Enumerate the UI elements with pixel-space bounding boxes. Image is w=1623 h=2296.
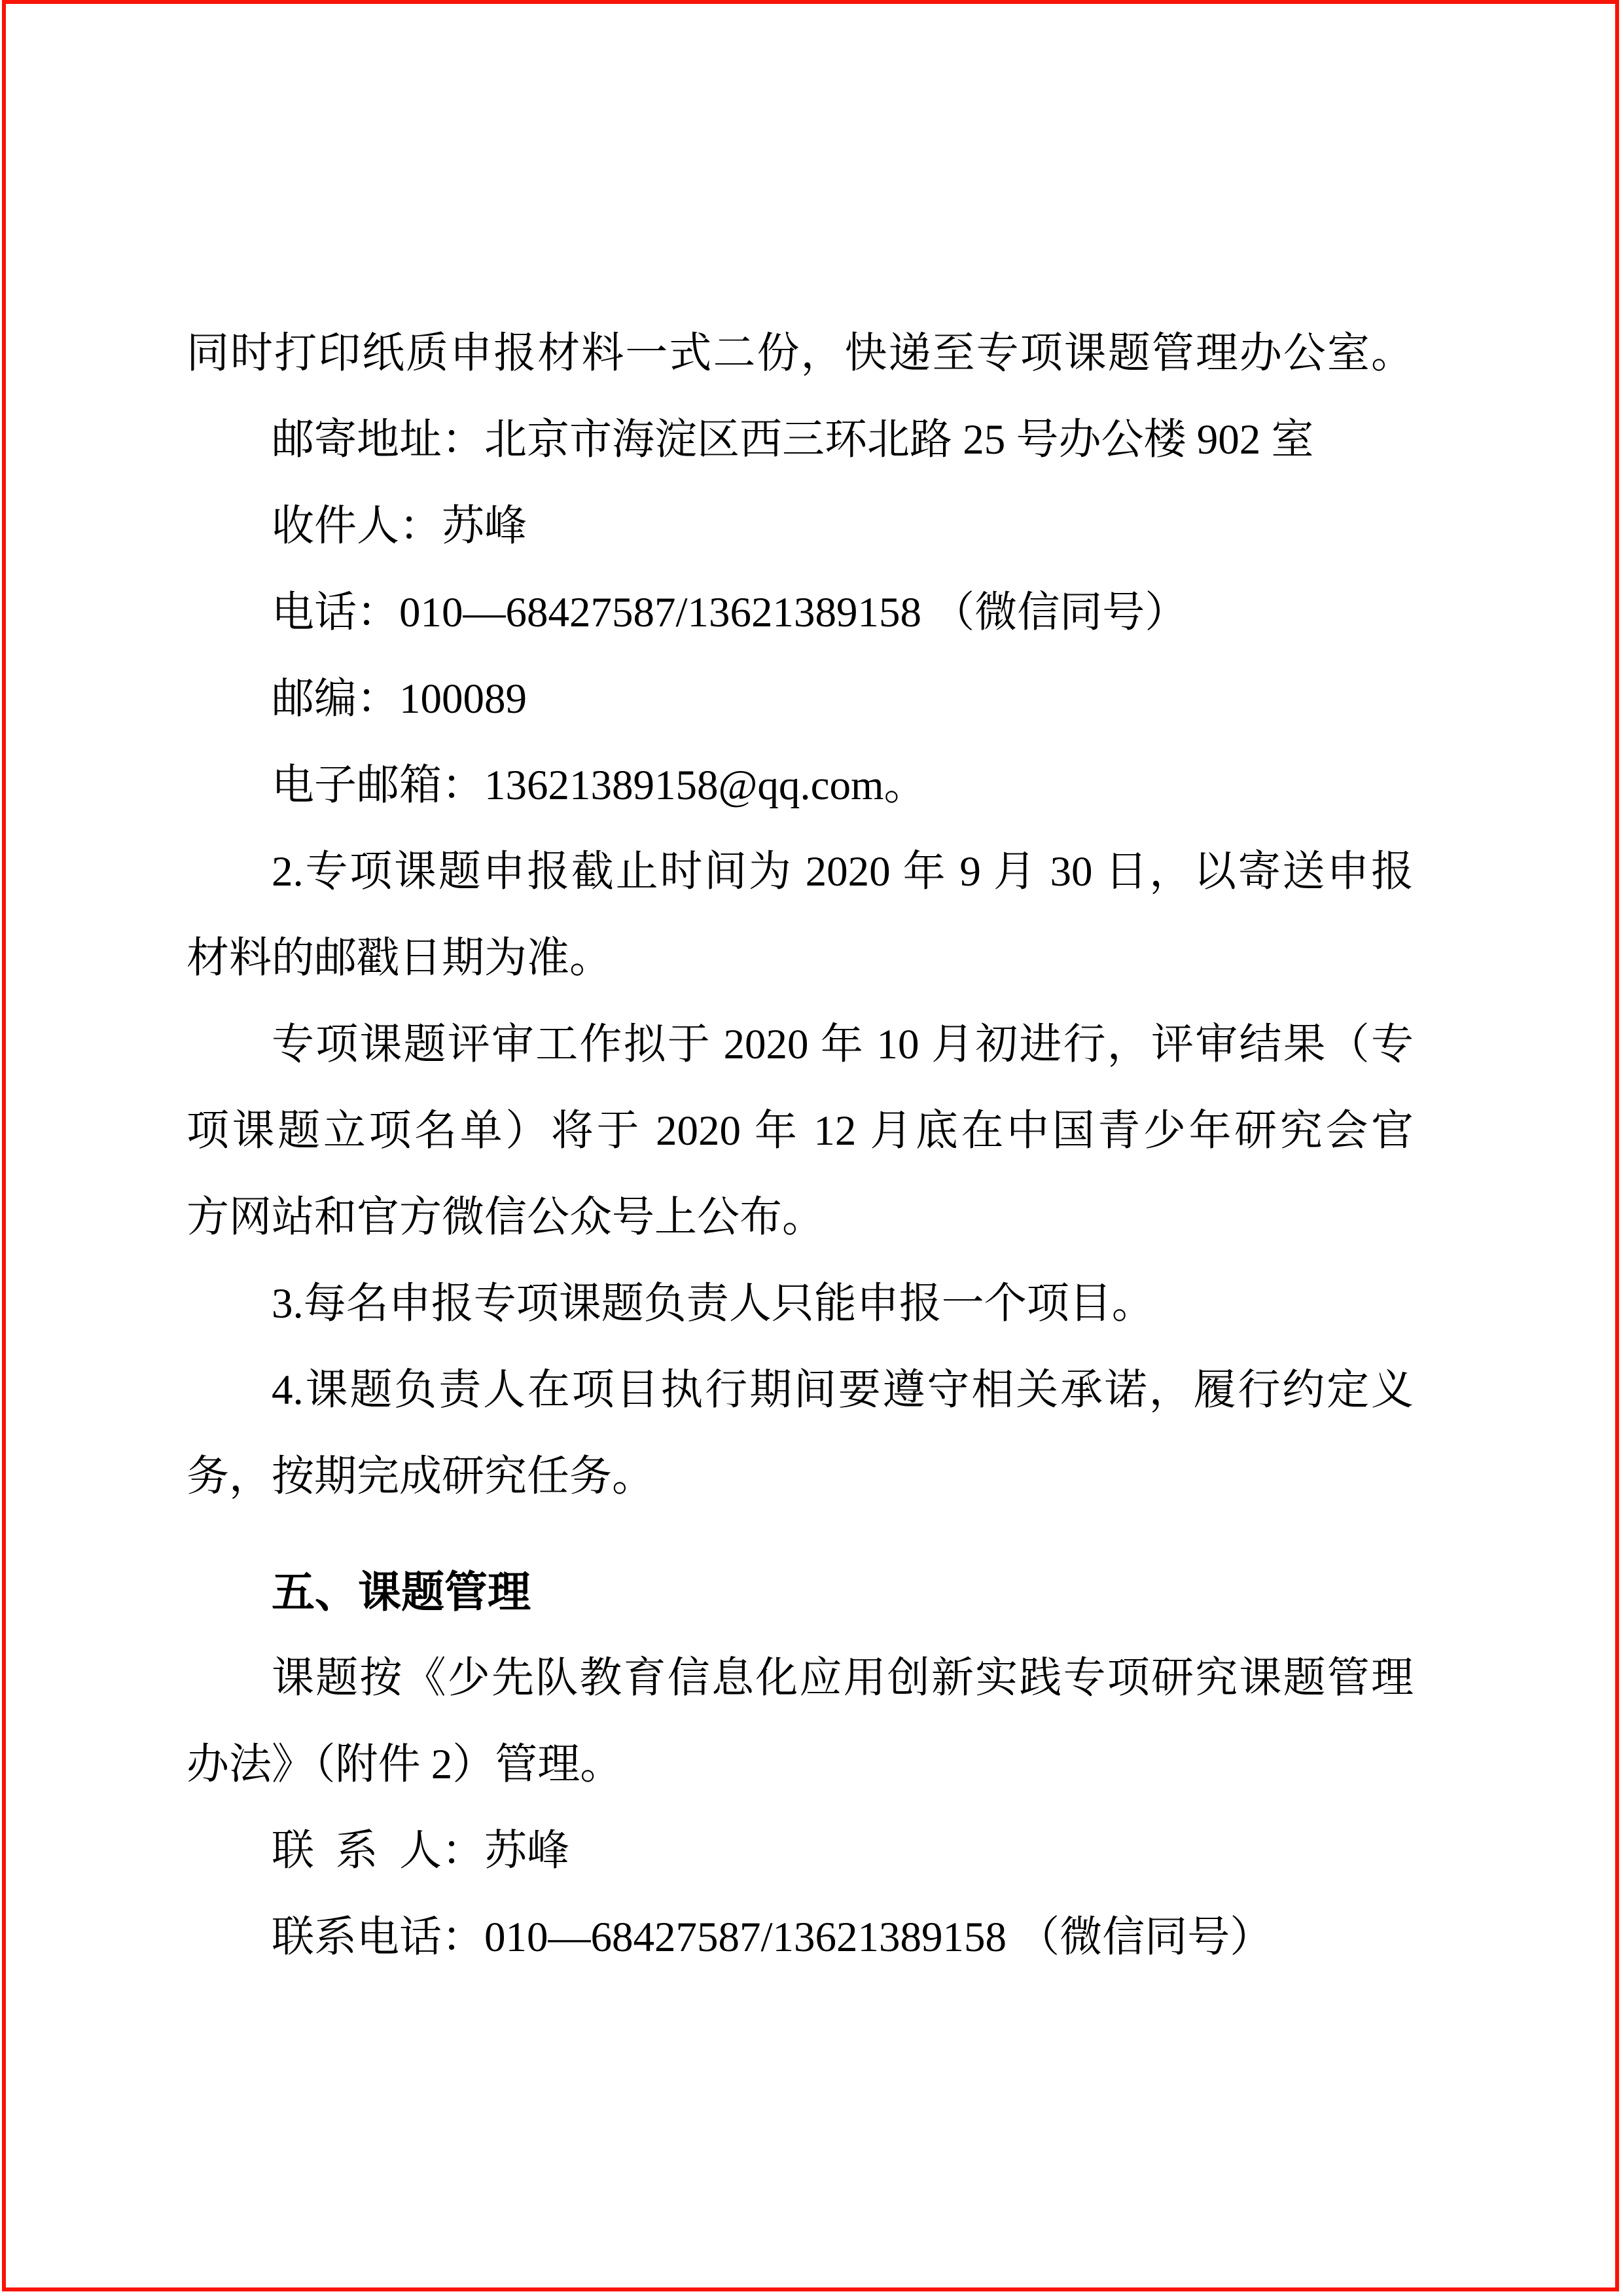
line-management-part1: 课题按《少先队教育信息化应用创新实践专项研究课题管理 — [187, 1635, 1414, 1721]
line-review-part2: 项课题立项名单）将于 2020 年 12 月底在中国青少年研究会官 — [187, 1088, 1414, 1174]
line-deadline-part2: 材料的邮戳日期为准。 — [187, 915, 1414, 1001]
line-continuation-print-materials: 同时打印纸质申报材料一式二份，快递至专项课题管理办公室。 — [187, 310, 1414, 397]
line-contact-phone: 联系电话：010—68427587/13621389158 （微信同号） — [187, 1894, 1414, 1981]
line-recipient: 收件人：苏峰 — [187, 483, 1414, 569]
line-mailing-address: 邮寄地址：北京市海淀区西三环北路 25 号办公楼 902 室 — [187, 397, 1414, 483]
document-body: 同时打印纸质申报材料一式二份，快递至专项课题管理办公室。 邮寄地址：北京市海淀区… — [187, 310, 1414, 1981]
line-postal-code: 邮编：100089 — [187, 656, 1414, 742]
line-rule-3: 3.每名申报专项课题负责人只能申报一个项目。 — [187, 1261, 1414, 1347]
line-review-part3: 方网站和官方微信公众号上公布。 — [187, 1174, 1414, 1261]
section-heading-topic-management: 五、课题管理 — [187, 1549, 1414, 1635]
line-deadline-part1: 2.专项课题申报截止时间为 2020 年 9 月 30 日，以寄送申报 — [187, 829, 1414, 915]
line-rule-4-part2: 务，按期完成研究任务。 — [187, 1433, 1414, 1520]
document-page: { "page": { "background": "#FFFFFF", "bo… — [0, 0, 1623, 2296]
line-management-part2: 办法》（附件 2）管理。 — [187, 1721, 1414, 1808]
line-email: 电子邮箱：13621389158@qq.com。 — [187, 742, 1414, 829]
line-review-part1: 专项课题评审工作拟于 2020 年 10 月初进行，评审结果（专 — [187, 1001, 1414, 1088]
line-rule-4-part1: 4.课题负责人在项目执行期间要遵守相关承诺，履行约定义 — [187, 1347, 1414, 1433]
line-contact-person: 联 系 人：苏峰 — [187, 1808, 1414, 1894]
line-phone: 电话：010—68427587/13621389158 （微信同号） — [187, 569, 1414, 656]
